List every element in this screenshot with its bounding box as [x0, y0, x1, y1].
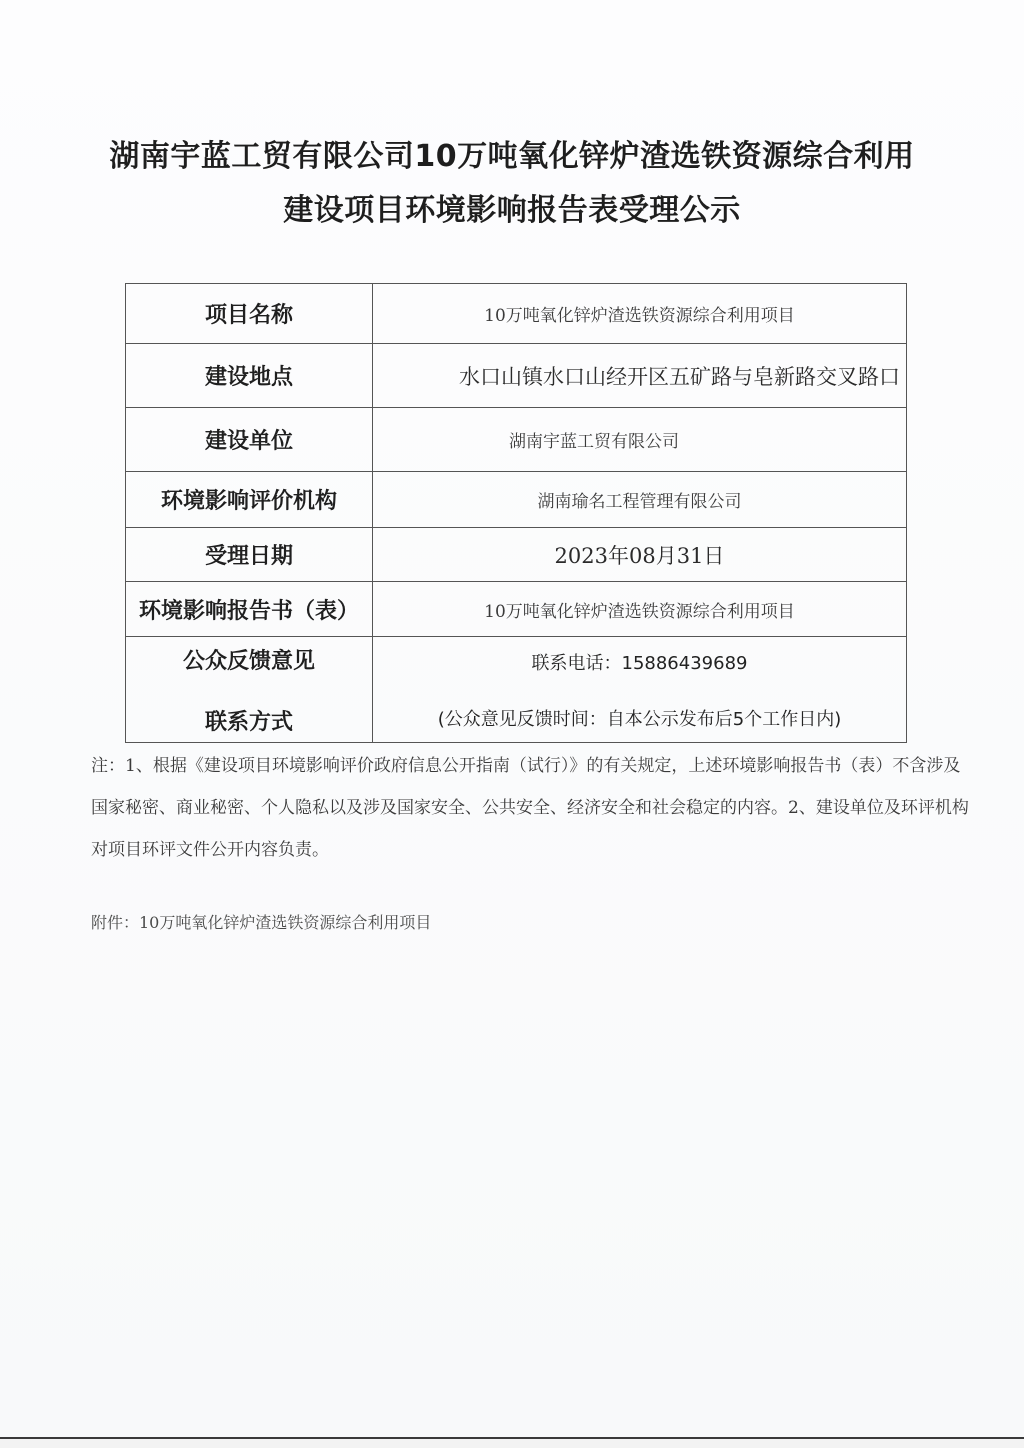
row-value: 湖南瑜名工程管理有限公司 [373, 472, 907, 528]
row-label: 建设单位 [126, 408, 373, 472]
feedback-period: (公众意见反馈时间：自本公示发布后5个工作日内) [373, 705, 906, 731]
row-value: 水口山镇水口山经开区五矿路与皂新路交叉路口 [373, 344, 907, 408]
scanned-page: 湖南宇蓝工贸有限公司10万吨氧化锌炉渣选铁资源综合利用 建设项目环境影响报告表受… [0, 0, 1024, 1437]
document-title-line-1: 湖南宇蓝工贸有限公司10万吨氧化锌炉渣选铁资源综合利用 [0, 131, 1024, 175]
row-label: 建设地点 [126, 344, 373, 408]
table-row-project-name: 项目名称 10万吨氧化锌炉渣选铁资源综合利用项目 [126, 284, 907, 344]
document-title-line-2: 建设项目环境影响报告表受理公示 [0, 185, 1024, 229]
row-label: 环境影响报告书（表） [126, 582, 373, 637]
table-row-eia-report: 环境影响报告书（表） 10万吨氧化锌炉渣选铁资源综合利用项目 [126, 582, 907, 637]
row-label: 项目名称 [126, 284, 373, 344]
feedback-label-line-2: 联系方式 [126, 705, 372, 736]
attachment-line: 附件：10万吨氧化锌炉渣选铁资源综合利用项目 [91, 910, 431, 933]
row-value: 10万吨氧化锌炉渣选铁资源综合利用项目 [373, 284, 907, 344]
table-row-construction-unit: 建设单位 湖南宇蓝工贸有限公司 [126, 408, 907, 472]
contact-phone: 联系电话：15886439689 [373, 649, 906, 675]
row-label: 公众反馈意见 联系方式 [126, 637, 373, 743]
feedback-label-line-1: 公众反馈意见 [126, 644, 372, 675]
row-value: 联系电话：15886439689 (公众意见反馈时间：自本公示发布后5个工作日内… [373, 637, 907, 743]
table-row-public-feedback: 公众反馈意见 联系方式 联系电话：15886439689 (公众意见反馈时间：自… [126, 637, 907, 743]
row-label: 环境影响评价机构 [126, 472, 373, 528]
row-value: 2023年08月31日 [373, 528, 907, 582]
table-row-acceptance-date: 受理日期 2023年08月31日 [126, 528, 907, 582]
row-value: 10万吨氧化锌炉渣选铁资源综合利用项目 [373, 582, 907, 637]
scan-bottom-edge [0, 1437, 1024, 1448]
disclaimer-note: 注：1、根据《建设项目环境影响评价政府信息公开指南（试行）》的有关规定，上述环境… [91, 745, 971, 871]
table-row-eia-agency: 环境影响评价机构 湖南瑜名工程管理有限公司 [126, 472, 907, 528]
table-row-construction-site: 建设地点 水口山镇水口山经开区五矿路与皂新路交叉路口 [126, 344, 907, 408]
row-label: 受理日期 [126, 528, 373, 582]
row-value: 湖南宇蓝工贸有限公司 [373, 408, 907, 472]
project-info-table: 项目名称 10万吨氧化锌炉渣选铁资源综合利用项目 建设地点 水口山镇水口山经开区… [125, 283, 907, 743]
